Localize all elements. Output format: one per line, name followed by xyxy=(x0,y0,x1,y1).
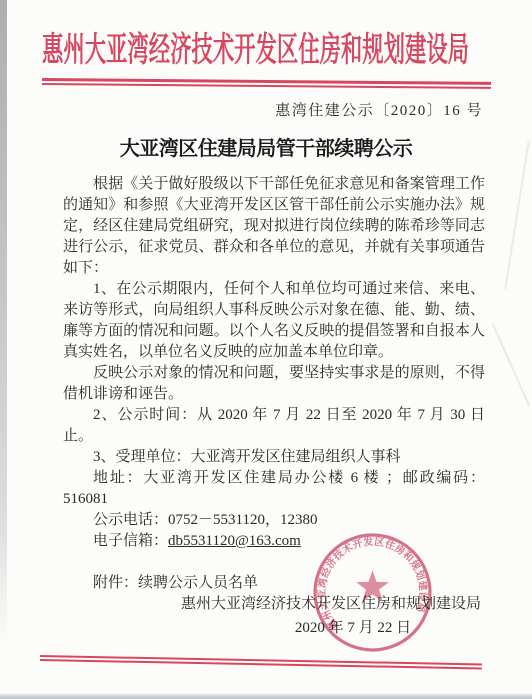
scan-edge-bottom xyxy=(0,693,532,699)
paragraph-item-1-feedback: 1、在公示期限内，任何个人和单位均可通过来信、来电、来访等形式，向局组织人事科反… xyxy=(63,279,485,363)
paragraph-item-3-unit: 3、受理单位：大亚湾开发区住建局组织人事科 xyxy=(63,447,485,468)
masthead-double-rule xyxy=(42,78,491,89)
paragraph-item-2-period: 2、公示时间：从 2020 年 7 月 22 日至 2020 年 7 月 30 … xyxy=(63,405,485,447)
document-number: 惠湾住建公示〔2020〕16 号 xyxy=(275,99,483,120)
scanned-announcement-page: 惠州大亚湾经济技术开发区住房和规划建设局 惠湾住建公示〔2020〕16 号 大亚… xyxy=(0,0,532,699)
issuing-org-masthead: 惠州大亚湾经济技术开发区住房和规划建设局 xyxy=(42,31,469,71)
document-title: 大亚湾区住建局局管干部续聘公示 xyxy=(0,132,532,161)
star-icon xyxy=(356,570,389,601)
paragraph-caution: 反映公示对象的情况和问题，要坚持实事求是的原则，不得借机诽谤和诬告。 xyxy=(63,363,485,405)
paragraph-phone: 公示电话：0752－5531120，12380 xyxy=(63,510,485,531)
footer-double-rule xyxy=(40,655,482,669)
email-link[interactable]: db5531120@163.com xyxy=(168,533,301,549)
email-label: 电子信箱： xyxy=(93,533,168,549)
scan-crease xyxy=(504,141,529,289)
scan-crease xyxy=(492,323,530,406)
paragraph-basis: 根据《关于做好股级以下干部任免征求意见和备案管理工作的通知》和参照《大亚湾开发区… xyxy=(63,174,485,279)
official-seal: 惠州大亚湾经济技术开发区住房和规划建设局 xyxy=(310,530,435,655)
scan-edge-left xyxy=(0,0,7,645)
paragraph-address: 地址：大亚湾开发区住建局办公楼 6 楼 ；邮政编码：516081 xyxy=(63,468,485,510)
